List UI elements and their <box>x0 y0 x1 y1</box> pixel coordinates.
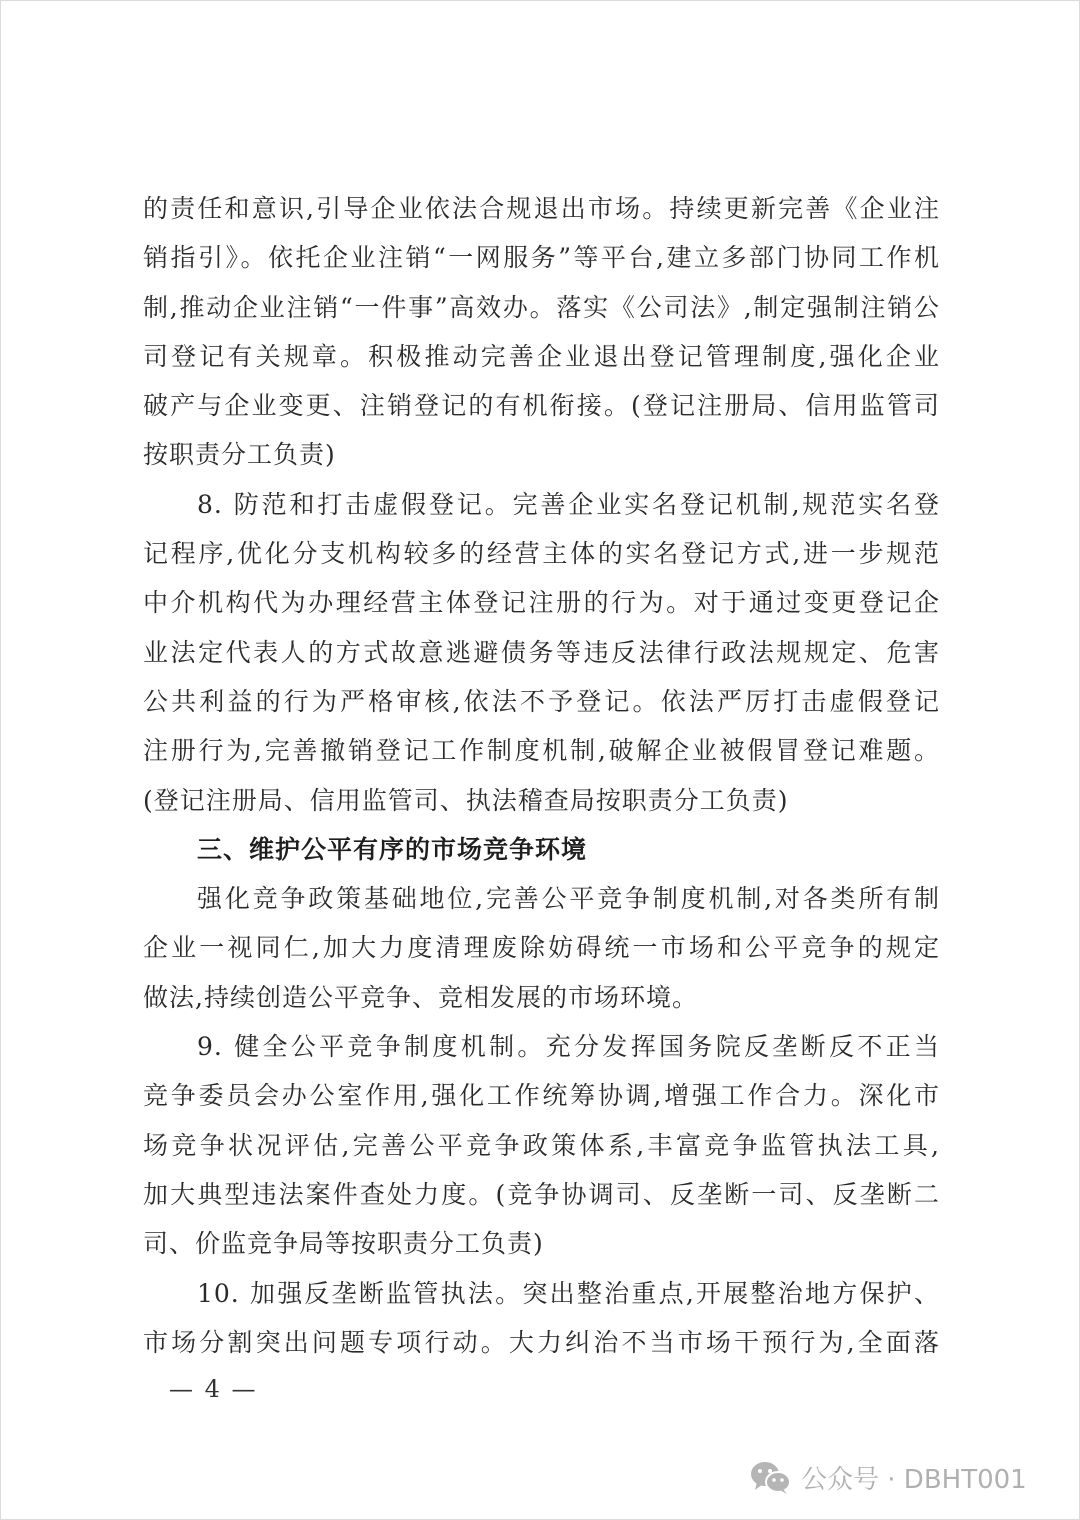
text-line: 制,推动企业注销“一件事”高效办。落实《公司法》,制定强制注销公 <box>143 283 940 332</box>
wechat-icon <box>749 1460 793 1496</box>
text-line: 司登记有关规章。积极推动完善企业退出登记管理制度,强化企业 <box>143 332 940 381</box>
item-8-title-line: 8. 防范和打击虚假登记。完善企业实名登记机制,规范实名登 <box>143 480 940 529</box>
text-line: 公共利益的行为严格审核,依法不予登记。依法严厉打击虚假登记 <box>143 677 940 726</box>
text-line: 的责任和意识,引导企业依法合规退出市场。持续更新完善《企业注 <box>143 184 940 233</box>
document-body: 的责任和意识,引导企业依法合规退出市场。持续更新完善《企业注 销指引》。依托企业… <box>143 184 940 1367</box>
text-line: 市场分割突出问题专项行动。大力纠治不当市场干预行为,全面落 <box>143 1318 940 1367</box>
text-line: (登记注册局、信用监管司、执法稽查局按职责分工负责) <box>143 776 940 825</box>
text-line: 企业一视同仁,加大力度清理废除妨碍统一市场和公平竞争的规定 <box>143 923 940 972</box>
page-number: — 4 — <box>169 1375 258 1403</box>
text-line: 销指引》。依托企业注销“一网服务”等平台,建立多部门协同工作机 <box>143 233 940 282</box>
text-line: 按职责分工负责) <box>143 430 940 479</box>
text-line: 中介机构代为办理经营主体登记注册的行为。对于通过变更登记企 <box>143 578 940 627</box>
text-line: 注册行为,完善撤销登记工作制度机制,破解企业被假冒登记难题。 <box>143 726 940 775</box>
wechat-watermark: 公众号 · DBHT001 <box>749 1459 1027 1496</box>
item-10-title-line: 10. 加强反垄断监管执法。突出整治重点,开展整治地方保护、 <box>143 1269 940 1318</box>
section-heading: 三、维护公平有序的市场竞争环境 <box>143 825 940 874</box>
text-line: 破产与企业变更、注销登记的有机衔接。(登记注册局、信用监管司 <box>143 381 940 430</box>
text-line: 业法定代表人的方式故意逃避债务等违反法律行政法规规定、危害 <box>143 628 940 677</box>
text-line: 加大典型违法案件查处力度。(竞争协调司、反垄断一司、反垄断二 <box>143 1170 940 1219</box>
watermark-text: 公众号 · DBHT001 <box>801 1459 1027 1496</box>
text-line: 场竞争状况评估,完善公平竞争政策体系,丰富竞争监管执法工具, <box>143 1121 940 1170</box>
text-line: 竞争委员会办公室作用,强化工作统筹协调,增强工作合力。深化市 <box>143 1071 940 1120</box>
text-line: 强化竞争政策基础地位,完善公平竞争制度机制,对各类所有制 <box>143 874 940 923</box>
document-page: 的责任和意识,引导企业依法合规退出市场。持续更新完善《企业注 销指引》。依托企业… <box>0 0 1080 1520</box>
text-line: 做法,持续创造公平竞争、竞相发展的市场环境。 <box>143 973 940 1022</box>
item-9-title-line: 9. 健全公平竞争制度机制。充分发挥国务院反垄断反不正当 <box>143 1022 940 1071</box>
text-line: 记程序,优化分支机构较多的经营主体的实名登记方式,进一步规范 <box>143 529 940 578</box>
text-line: 司、价监竞争局等按职责分工负责) <box>143 1219 940 1268</box>
